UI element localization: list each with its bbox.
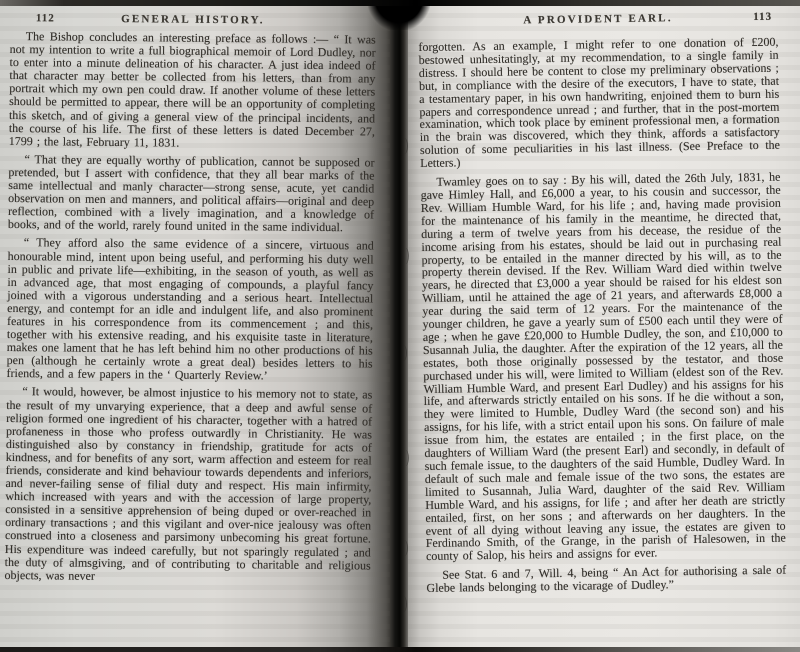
left-page-body: The Bishop concludes an interesting pref… (5, 30, 376, 585)
paragraph: See Stat. 6 and 7, Will. 4, being “ An A… (426, 564, 786, 595)
paragraph: The Bishop concludes an interesting pref… (9, 30, 376, 151)
book-scan: 112 GENERAL HISTORY. The Bishop conclude… (0, 0, 800, 652)
paragraph: “ They afford also the same evidence of … (6, 236, 373, 384)
left-page-number: 112 (36, 12, 55, 24)
right-page-number: 113 (753, 11, 772, 23)
paragraph: “ That they are equally worthy of public… (8, 153, 375, 235)
paragraph: Twamley goes on to say : By his will, da… (420, 171, 786, 563)
paragraph: forgotten. As an example, I might refer … (418, 36, 780, 170)
binding-crease-mark (402, 450, 409, 466)
binding-crease-mark (401, 138, 408, 154)
right-header-title: A PROVIDENT EARL. (523, 12, 673, 26)
scan-bottom-edge (0, 647, 800, 652)
left-running-head: 112 GENERAL HISTORY. (10, 12, 376, 31)
paragraph: “ It would, however, be almost injustice… (5, 385, 373, 585)
binding-crease-mark (400, 596, 407, 612)
binding-crease-mark (400, 345, 407, 361)
right-page-content: A PROVIDENT EARL. 113 forgotten. As an e… (418, 11, 787, 601)
binding-crease-mark (401, 540, 408, 556)
left-header-title: GENERAL HISTORY. (121, 13, 265, 26)
right-page-body: forgotten. As an example, I might refer … (418, 36, 786, 595)
binding-crease-mark (402, 248, 409, 264)
scan-top-edge (0, 0, 800, 6)
left-page-content: 112 GENERAL HISTORY. The Bishop conclude… (4, 12, 376, 590)
